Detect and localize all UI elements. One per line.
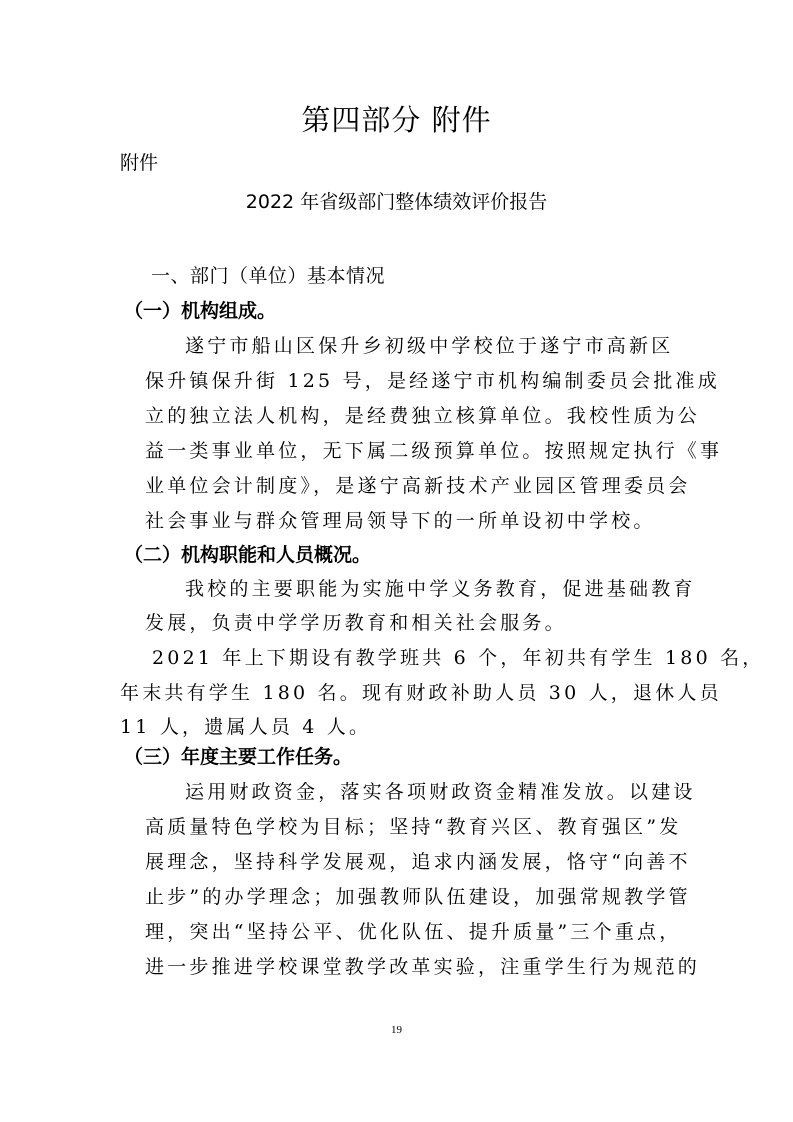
subsection-heading-functions-staff: （二）机构职能和人员概况。 bbox=[124, 540, 371, 567]
page-number: 19 bbox=[0, 1024, 793, 1036]
paragraph-line: 运用财政资金，落实各项财政资金精准发放。以建设 bbox=[185, 777, 696, 804]
part-title: 第四部分 附件 bbox=[0, 98, 793, 139]
subsection-heading-annual-tasks: （三）年度主要工作任务。 bbox=[124, 742, 352, 769]
paragraph-line: 社会事业与群众管理局领导下的一所单设初中学校。 bbox=[145, 506, 656, 533]
section-heading: 一、部门（单位）基本情况 bbox=[151, 261, 385, 288]
paragraph-line: 高质量特色学校为目标；坚持“教育兴区、教育强区”发 bbox=[145, 812, 681, 839]
paragraph-line: 发展，负责中学学历教育和相关社会服务。 bbox=[145, 608, 567, 635]
paragraph-line: 11 人，遗属人员 4 人。 bbox=[120, 712, 371, 739]
annex-label: 附件 bbox=[120, 148, 158, 175]
paragraph-line: 益一类事业单位，无下属二级预算单位。按照规定执行《事 bbox=[145, 436, 722, 463]
paragraph-line: 止步”的办学理念；加强教师队伍建设，加强常规教学管 bbox=[145, 882, 691, 909]
report-title: 2022 年省级部门整体绩效评价报告 bbox=[0, 187, 793, 214]
subsection-heading-organization: （一）机构组成。 bbox=[124, 296, 276, 323]
paragraph-line: 我校的主要职能为实施中学义务教育，促进基础教育 bbox=[185, 574, 696, 601]
paragraph-line: 年末共有学生 180 名。现有财政补助人员 30 人，退休人员 bbox=[120, 678, 722, 705]
paragraph-line: 2021 年上下期设有教学班共 6 个，年初共有学生 180 名， bbox=[152, 643, 765, 670]
paragraph-line: 进一步推进学校课堂教学改革实验，注重学生行为规范的 bbox=[145, 952, 700, 979]
paragraph-line: 展理念，坚持科学发展观，追求内涵发展，恪守“向善不 bbox=[145, 847, 691, 874]
paragraph-line: 遂宁市船山区保升乡初级中学校位于遂宁市高新区 bbox=[185, 331, 673, 358]
paragraph-line: 业单位会计制度》，是遂宁高新技术产业园区管理委员会 bbox=[145, 471, 691, 498]
paragraph-line: 保升镇保升街 125 号，是经遂宁市机构编制委员会批准成 bbox=[145, 366, 720, 393]
paragraph-line: 理，突出“坚持公平、优化队伍、提升质量”三个重点， bbox=[145, 917, 681, 944]
paragraph-line: 立的独立法人机构，是经费独立核算单位。我校性质为公 bbox=[145, 401, 700, 428]
